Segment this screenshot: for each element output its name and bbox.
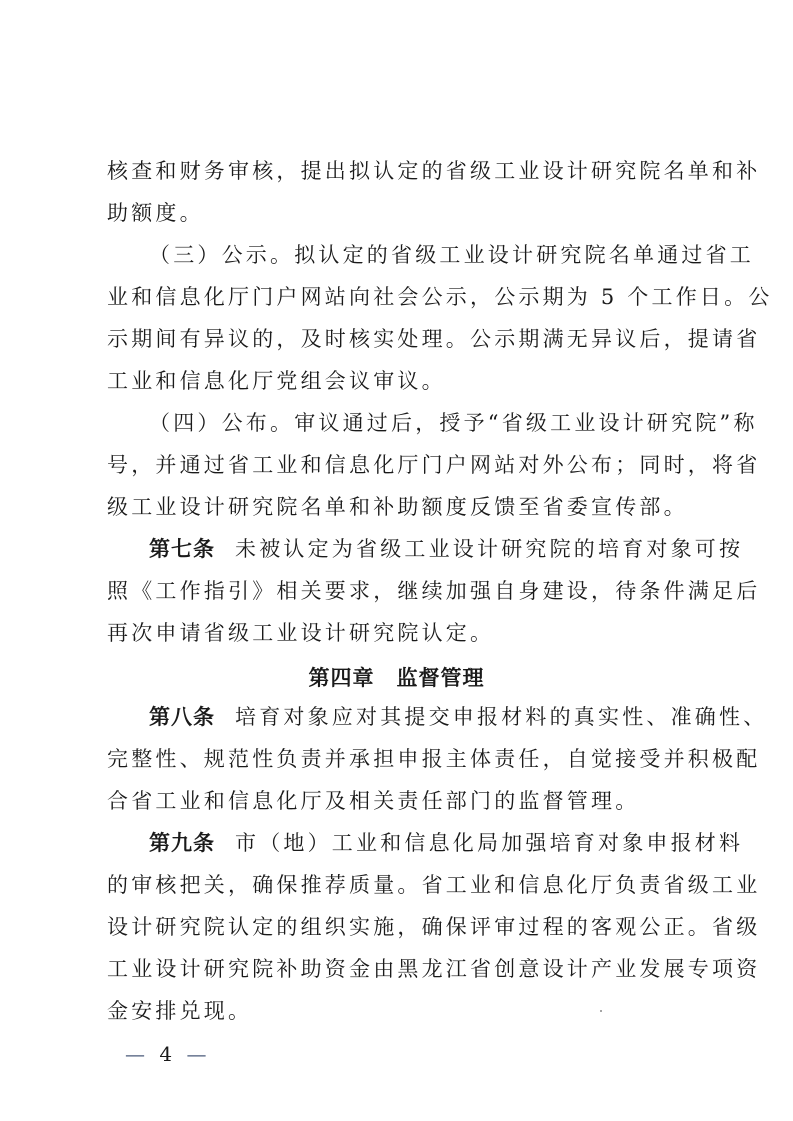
- article-label: 第九条: [149, 831, 215, 855]
- text-line: 助额度。: [107, 200, 687, 226]
- chapter-heading: 第四章 监督管理: [0, 662, 793, 692]
- text-line: 照《工作指引》相关要求，继续加强自身建设，待条件满足后: [107, 578, 687, 604]
- text-line: 的审核把关，确保推荐质量。省工业和信息化厅负责省级工业: [107, 872, 687, 898]
- text-line: 工业设计研究院补助资金由黑龙江省创意设计产业发展专项资: [107, 956, 687, 982]
- text-line: 工业和信息化厅党组会议审议。: [107, 368, 687, 394]
- text-line: 设计研究院认定的组织实施，确保评审过程的客观公正。省级: [107, 914, 687, 940]
- article-7-first-line: 第七条未被认定为省级工业设计研究院的培育对象可按: [149, 536, 729, 562]
- dash-left: —: [125, 1042, 149, 1066]
- article-label: 第七条: [149, 537, 215, 561]
- article-text: 市（地）工业和信息化局加强培育对象申报材料: [235, 831, 743, 855]
- text-line: 示期间有异议的，及时核实处理。公示期满无异议后，提请省: [107, 326, 687, 352]
- text-line: （四）公布。审议通过后，授予“省级工业设计研究院”称: [149, 410, 729, 436]
- article-8-first-line: 第八条培育对象应对其提交申报材料的真实性、准确性、: [149, 704, 729, 730]
- article-label: 第八条: [149, 705, 215, 729]
- page-number-value: 4: [159, 1042, 176, 1066]
- text-line: 级工业设计研究院名单和补助额度反馈至省委宣传部。: [107, 494, 687, 520]
- dash-right: —: [186, 1042, 210, 1066]
- text-line: 再次申请省级工业设计研究院认定。: [107, 620, 687, 646]
- page-number: — 4 —: [125, 1042, 210, 1066]
- article-9-first-line: 第九条市（地）工业和信息化局加强培育对象申报材料: [149, 830, 729, 856]
- scan-speck: [600, 1010, 602, 1012]
- text-line: 业和信息化厅门户网站向社会公示，公示期为 5 个工作日。公: [107, 284, 687, 310]
- text-line: 核查和财务审核，提出拟认定的省级工业设计研究院名单和补: [107, 158, 687, 184]
- article-text: 培育对象应对其提交申报材料的真实性、准确性、: [235, 705, 767, 729]
- text-line: 合省工业和信息化厅及相关责任部门的监督管理。: [107, 788, 687, 814]
- text-line: 完整性、规范性负责并承担申报主体责任，自觉接受并积极配: [107, 746, 687, 772]
- article-text: 未被认定为省级工业设计研究院的培育对象可按: [235, 537, 743, 561]
- document-page: 核查和财务审核，提出拟认定的省级工业设计研究院名单和补 助额度。 （三）公示。拟…: [0, 0, 793, 1121]
- text-line: 号，并通过省工业和信息化厅门户网站对外公布；同时，将省: [107, 452, 687, 478]
- text-line: （三）公示。拟认定的省级工业设计研究院名单通过省工: [149, 242, 729, 268]
